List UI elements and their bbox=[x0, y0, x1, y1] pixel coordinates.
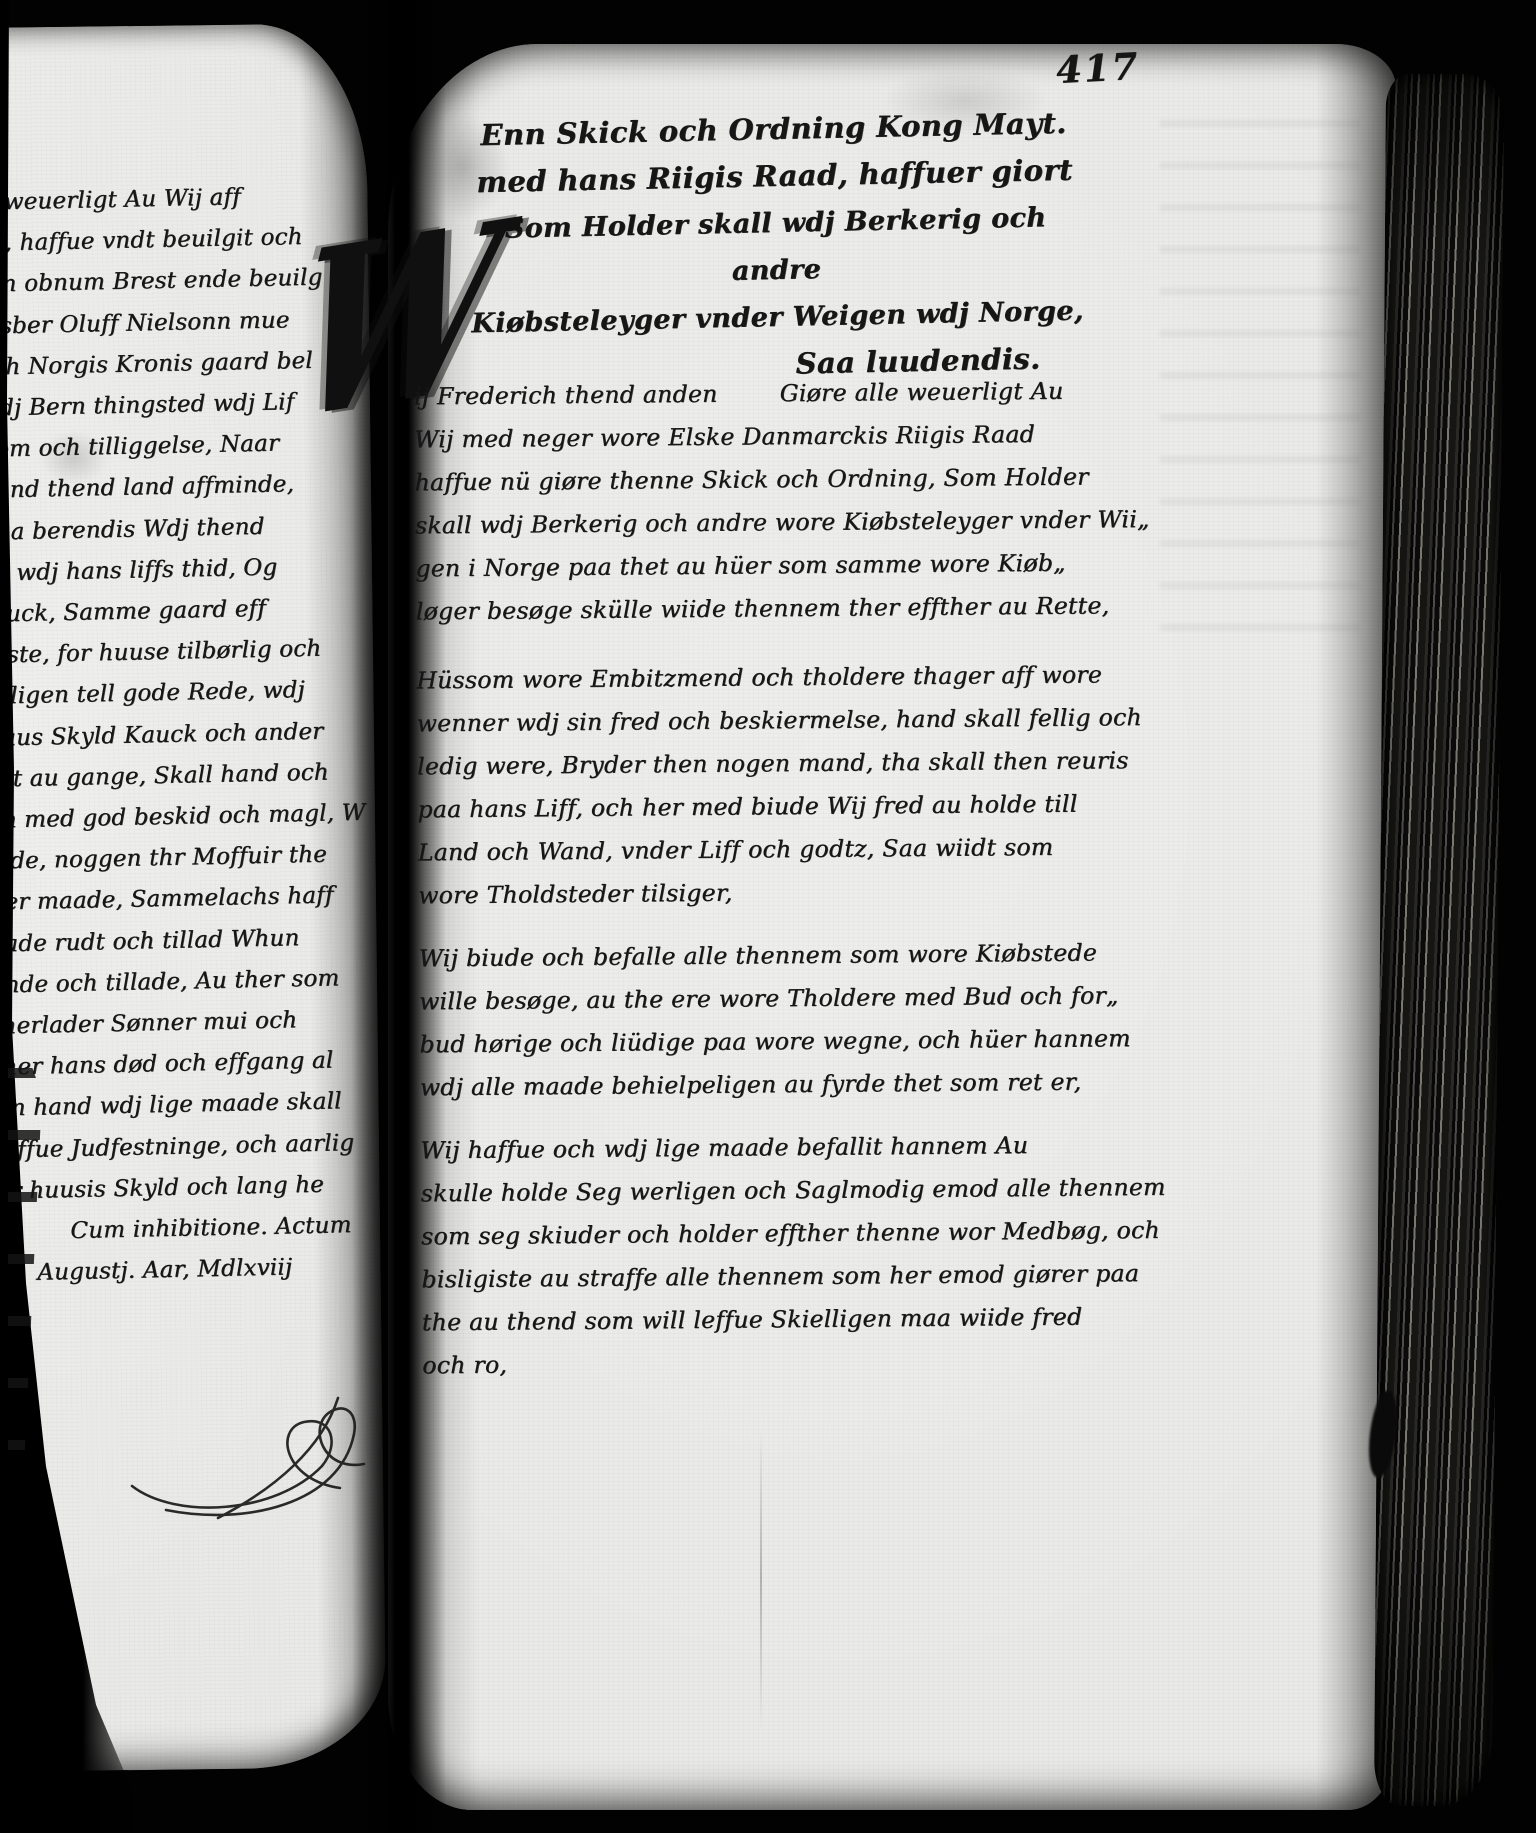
body-line: bisligiste au straffe alle thennem som h… bbox=[421, 1252, 1209, 1302]
body-line: wille besøge, au the ere wore Tholdere m… bbox=[419, 974, 1207, 1024]
body-line: wore Tholdsteder tilsiger, bbox=[418, 868, 1206, 918]
body-line: haffue nü giøre thenne Skick och Ordning… bbox=[414, 455, 1202, 505]
body-line: Wij med neger wore Elske Danmarckis Riig… bbox=[414, 412, 1202, 462]
body-line: ledig were, Bryder then nogen mand, tha … bbox=[417, 739, 1205, 789]
paragraph: ij Frederich thend anden Giøre alle weue… bbox=[414, 369, 1204, 634]
body-line: løger besøge skülle wiide thennem ther e… bbox=[415, 584, 1203, 634]
heading-line: Som Holder skall wdj Berkerig och andre bbox=[467, 194, 1085, 301]
manuscript-scan: 417 Enn Skick och Ordning Kong Mayt.med … bbox=[0, 0, 1536, 1833]
body-line: skulle holde Seg werligen och Saglmodig … bbox=[421, 1166, 1209, 1216]
body-line: bud hørige och liüdige paa wore wegne, o… bbox=[419, 1017, 1207, 1067]
body-line: paa hans Liff, och her med biude Wij fre… bbox=[417, 782, 1205, 832]
body-line: Wij biude och befalle alle thennem som w… bbox=[419, 931, 1207, 981]
left-page-text: le weuerligt Au Wij affde, haffue vndt b… bbox=[0, 173, 450, 1295]
body-line: Wij haffue och wdj lige maade befallit h… bbox=[420, 1123, 1208, 1173]
paragraph: Hüssom wore Embitzmend och tholdere thag… bbox=[416, 653, 1206, 918]
body-line: Hüssom wore Embitzmend och tholdere thag… bbox=[416, 653, 1204, 703]
body-line: the au thend som will leffue Skielligen … bbox=[422, 1295, 1210, 1345]
body-line: och ro, bbox=[422, 1338, 1210, 1388]
heading-block: Enn Skick och Ordning Kong Mayt.med hans… bbox=[465, 100, 1087, 395]
body-text: ij Frederich thend anden Giøre alle weue… bbox=[414, 369, 1211, 1388]
body-line: wdj alle maade behielpeligen au fyrde th… bbox=[420, 1060, 1208, 1110]
paragraph: Wij haffue och wdj lige maade befallit h… bbox=[420, 1123, 1210, 1388]
body-line: ij Frederich thend anden Giøre alle weue… bbox=[414, 369, 1202, 419]
pen-flourish bbox=[126, 1368, 376, 1528]
page-stack-fore-edge bbox=[1374, 74, 1504, 1806]
body-line: gen i Norge paa thet au hüer som samme w… bbox=[415, 541, 1203, 591]
paper-crease bbox=[760, 1430, 762, 1730]
body-line: som seg skiuder och holder effther thenn… bbox=[421, 1209, 1209, 1259]
page-number: 417 bbox=[1055, 44, 1140, 92]
body-line: skall wdj Berkerig och andre wore Kiøbst… bbox=[415, 498, 1203, 548]
body-line: wenner wdj sin fred och beskiermelse, ha… bbox=[416, 696, 1204, 746]
body-line: Land och Wand, vnder Liff och godtz, Saa… bbox=[418, 825, 1206, 875]
paragraph: Wij biude och befalle alle thennem som w… bbox=[419, 931, 1208, 1110]
left-page-line: Augustj. Aar, Mdlxviij bbox=[37, 1244, 450, 1294]
